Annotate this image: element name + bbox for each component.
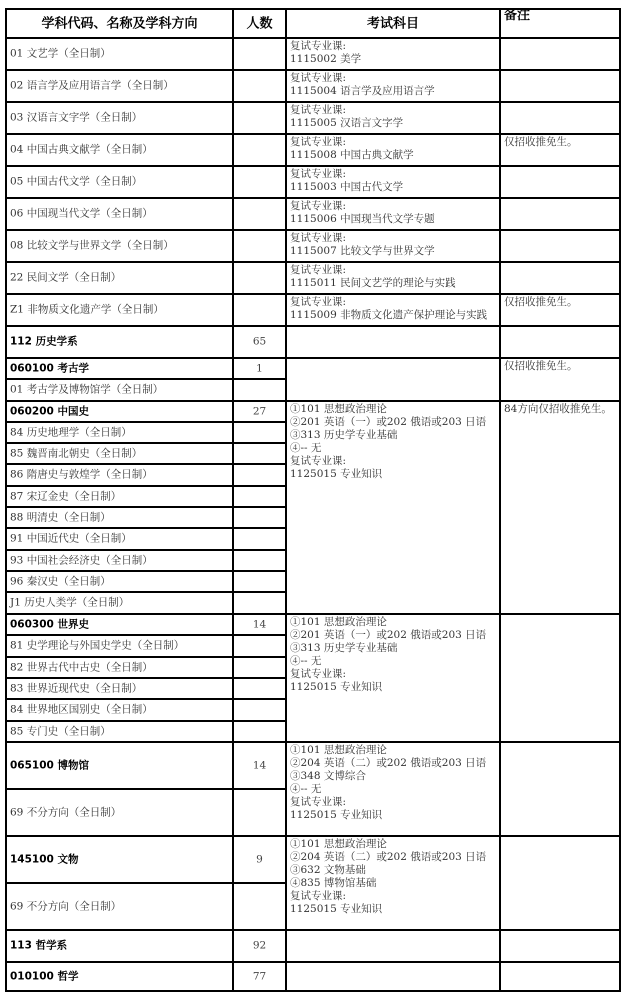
- count-cell: [232, 720, 287, 743]
- count-value: 1: [234, 362, 285, 375]
- note-cell: [499, 197, 621, 231]
- direction-row: J1 历史人类学（全日制）: [5, 591, 234, 615]
- count-cell: 14: [232, 741, 287, 790]
- count-value: 14: [234, 759, 285, 772]
- direction-label: 91 中国近代史（全日制）: [10, 533, 230, 546]
- table-row-subject: 02 语言学及应用语言学（全日制）: [5, 69, 234, 103]
- header-count-label: 人数: [234, 17, 285, 30]
- exam-cell: [285, 929, 501, 963]
- subject-label: 04 中国古典文献学（全日制）: [10, 144, 230, 157]
- count-cell: [232, 698, 287, 722]
- header-exam-label: 考试科目: [287, 17, 499, 30]
- major-row-archaeology: 060100 考古学: [5, 357, 234, 380]
- direction-row: 69 不分方向（全日制）: [5, 882, 234, 931]
- count-cell: [232, 101, 287, 135]
- exam-line: 复试专业课:: [290, 136, 497, 149]
- note-cell: [499, 961, 621, 992]
- exam-text: 复试专业课:1115002 美学: [290, 40, 497, 66]
- count-value: 27: [234, 405, 285, 418]
- exam-text: ①101 思想政治理论 ②204 英语（二）或202 俄语或203 日语 ③34…: [290, 744, 497, 822]
- exam-text: 复试专业课:1115011 民间文艺学的理论与实践: [290, 264, 497, 290]
- exam-line: 复试专业课:: [290, 104, 497, 117]
- exam-cell: ①101 思想政治理论 ②201 英语（一）或202 俄语或203 日语 ③31…: [285, 400, 501, 615]
- exam-line: 复试专业课:: [290, 232, 497, 245]
- direction-row: 85 专门史（全日制）: [5, 720, 234, 743]
- subject-label: 05 中国古代文学（全日制）: [10, 176, 230, 189]
- major-row-museum: 065100 博物馆: [5, 741, 234, 790]
- exam-line: 1115009 非物质文化遗产保护理论与实践: [290, 309, 497, 322]
- direction-row: 82 世界古代中古史（全日制）: [5, 656, 234, 679]
- count-cell: [232, 421, 287, 444]
- exam-line: ④-- 无: [290, 783, 497, 796]
- exam-line: 1115008 中国古典文献学: [290, 149, 497, 162]
- exam-text: ①101 思想政治理论 ②204 英语（二）或202 俄语或203 日语 ③63…: [290, 838, 497, 916]
- exam-line: ①101 思想政治理论: [290, 744, 497, 757]
- count-cell: [232, 261, 287, 295]
- department-label: 112 历史学系: [10, 336, 230, 349]
- header-exam: 考试科目: [285, 8, 501, 39]
- direction-label: 82 世界古代中古史（全日制）: [10, 661, 230, 674]
- exam-cell: 复试专业课:1115009 非物质文化遗产保护理论与实践: [285, 293, 501, 327]
- exam-line: 复试专业课:: [290, 264, 497, 277]
- exam-line: ①101 思想政治理论: [290, 838, 497, 851]
- department-row-history: 112 历史学系: [5, 325, 234, 359]
- exam-text: ①101 思想政治理论 ②201 英语（一）或202 俄语或203 日语 ③31…: [290, 403, 497, 481]
- exam-cell: [285, 961, 501, 992]
- count-cell: [232, 197, 287, 231]
- major-row-relics: 145100 文物: [5, 835, 234, 884]
- subject-label: 22 民间文学（全日制）: [10, 272, 230, 285]
- exam-line: 1115007 比较文学与世界文学: [290, 245, 497, 258]
- table-row-subject: 01 文艺学（全日制）: [5, 37, 234, 71]
- exam-cell: 复试专业课:1115003 中国古代文学: [285, 165, 501, 199]
- exam-line: 1125015 专业知识: [290, 468, 497, 481]
- count-cell: [232, 485, 287, 508]
- note-text: 仅招收推免生。: [504, 296, 617, 309]
- exam-line: 复试专业课:: [290, 40, 497, 53]
- count-cell: 9: [232, 835, 287, 884]
- exam-line: ①101 思想政治理论: [290, 403, 497, 416]
- count-cell: [232, 378, 287, 402]
- header-count: 人数: [232, 8, 287, 39]
- count-cell: 27: [232, 400, 287, 423]
- major-label: 010100 哲学: [10, 970, 230, 983]
- direction-row: 69 不分方向（全日制）: [5, 788, 234, 837]
- direction-label: 84 世界地区国别史（全日制）: [10, 704, 230, 717]
- count-cell: [232, 570, 287, 593]
- exam-cell: 复试专业课:1115005 汉语言文字学: [285, 101, 501, 135]
- exam-line: 1115004 语言学及应用语言学: [290, 85, 497, 98]
- note-cell: [499, 613, 621, 743]
- exam-line: 1115003 中国古代文学: [290, 181, 497, 194]
- note-cell: [499, 835, 621, 931]
- subject-label: 08 比较文学与世界文学（全日制）: [10, 240, 230, 253]
- admissions-table: 学科代码、名称及学科方向 人数 考试科目 备注 01 文艺学（全日制） 复试专业…: [0, 0, 627, 999]
- count-cell: [232, 37, 287, 71]
- direction-row: 86 隋唐史与敦煌学（全日制）: [5, 463, 234, 487]
- exam-line: 1125015 专业知识: [290, 681, 497, 694]
- header-note: 备注: [499, 8, 621, 39]
- direction-label: 69 不分方向（全日制）: [10, 900, 230, 913]
- exam-line: 1115006 中国现当代文学专题: [290, 213, 497, 226]
- note-cell: [499, 69, 621, 103]
- exam-line: ④835 博物馆基础: [290, 877, 497, 890]
- exam-text: 复试专业课:1115007 比较文学与世界文学: [290, 232, 497, 258]
- direction-row: 93 中国社会经济史（全日制）: [5, 549, 234, 572]
- count-cell: [232, 527, 287, 551]
- note-cell: 仅招收推免生。: [499, 357, 621, 402]
- table-row-subject: 04 中国古典文献学（全日制）: [5, 133, 234, 167]
- exam-line: 1125015 专业知识: [290, 809, 497, 822]
- exam-line: ④-- 无: [290, 655, 497, 668]
- table-row-subject: 03 汉语言文字学（全日制）: [5, 101, 234, 135]
- exam-line: 复试专业课:: [290, 72, 497, 85]
- exam-line: 复试专业课:: [290, 668, 497, 681]
- count-cell: [232, 463, 287, 487]
- table-row-subject: 06 中国现当代文学（全日制）: [5, 197, 234, 231]
- direction-row: 81 史学理论与外国史学史（全日制）: [5, 634, 234, 658]
- subject-label: Z1 非物质文化遗产学（全日制）: [10, 304, 230, 317]
- note-text: 仅招收推免生。: [504, 360, 617, 373]
- direction-label: 83 世界近现代史（全日制）: [10, 682, 230, 695]
- exam-line: 1115002 美学: [290, 53, 497, 66]
- exam-cell: ①101 思想政治理论 ②204 英语（二）或202 俄语或203 日语 ③63…: [285, 835, 501, 931]
- count-value: 9: [234, 853, 285, 866]
- major-label: 060100 考古学: [10, 362, 230, 375]
- exam-text: 复试专业课:1115009 非物质文化遗产保护理论与实践: [290, 296, 497, 322]
- count-cell: 92: [232, 929, 287, 963]
- direction-label: 93 中国社会经济史（全日制）: [10, 554, 230, 567]
- exam-text: 复试专业课:1115004 语言学及应用语言学: [290, 72, 497, 98]
- note-cell: [499, 101, 621, 135]
- major-row-chinese-history: 060200 中国史: [5, 400, 234, 423]
- count-cell: [232, 165, 287, 199]
- department-row-philosophy: 113 哲学系: [5, 929, 234, 963]
- exam-cell: 复试专业课:1115011 民间文艺学的理论与实践: [285, 261, 501, 295]
- direction-row: 88 明清史（全日制）: [5, 506, 234, 529]
- table-row-subject: 05 中国古代文学（全日制）: [5, 165, 234, 199]
- note-cell: [499, 165, 621, 199]
- subject-label: 02 语言学及应用语言学（全日制）: [10, 80, 230, 93]
- direction-label: 84 历史地理学（全日制）: [10, 426, 230, 439]
- direction-row: 84 历史地理学（全日制）: [5, 421, 234, 444]
- direction-label: 69 不分方向（全日制）: [10, 806, 230, 819]
- count-cell: [232, 69, 287, 103]
- note-cell: [499, 229, 621, 263]
- header-note-label: 备注: [504, 9, 617, 22]
- note-cell: [499, 741, 621, 837]
- exam-line: ③348 文博综合: [290, 770, 497, 783]
- direction-row: 85 魏晋南北朝史（全日制）: [5, 442, 234, 465]
- count-cell: [232, 293, 287, 327]
- note-cell: [499, 929, 621, 963]
- exam-line: 1115011 民间文艺学的理论与实践: [290, 277, 497, 290]
- exam-line: ③313 历史学专业基础: [290, 642, 497, 655]
- count-cell: 77: [232, 961, 287, 992]
- major-row-world-history: 060300 世界史: [5, 613, 234, 636]
- major-label: 145100 文物: [10, 853, 230, 866]
- count-cell: 1: [232, 357, 287, 380]
- exam-cell: ①101 思想政治理论 ②201 英语（一）或202 俄语或203 日语 ③31…: [285, 613, 501, 743]
- direction-label: J1 历史人类学（全日制）: [10, 597, 230, 610]
- direction-label: 88 明清史（全日制）: [10, 511, 230, 524]
- exam-line: ②204 英语（二）或202 俄语或203 日语: [290, 851, 497, 864]
- exam-cell: [285, 357, 501, 402]
- direction-row: 91 中国近代史（全日制）: [5, 527, 234, 551]
- exam-line: ②201 英语（一）或202 俄语或203 日语: [290, 629, 497, 642]
- direction-row: 96 秦汉史（全日制）: [5, 570, 234, 593]
- count-cell: [232, 634, 287, 658]
- table-row-subject: 08 比较文学与世界文学（全日制）: [5, 229, 234, 263]
- department-label: 113 哲学系: [10, 940, 230, 953]
- exam-line: 复试专业课:: [290, 796, 497, 809]
- count-value: 65: [234, 336, 285, 349]
- exam-cell: 复试专业课:1115004 语言学及应用语言学: [285, 69, 501, 103]
- count-cell: [232, 506, 287, 529]
- exam-line: 1125015 专业知识: [290, 903, 497, 916]
- exam-cell: ①101 思想政治理论 ②204 英语（二）或202 俄语或203 日语 ③34…: [285, 741, 501, 837]
- exam-cell: 复试专业课:1115006 中国现当代文学专题: [285, 197, 501, 231]
- count-cell: [232, 442, 287, 465]
- exam-line: ②204 英语（二）或202 俄语或203 日语: [290, 757, 497, 770]
- exam-line: ④-- 无: [290, 442, 497, 455]
- direction-label: 96 秦汉史（全日制）: [10, 575, 230, 588]
- note-cell: 84方向仅招收推免生。: [499, 400, 621, 615]
- table-row-subject: 22 民间文学（全日制）: [5, 261, 234, 295]
- direction-label: 85 专门史（全日制）: [10, 725, 230, 738]
- direction-label: 85 魏晋南北朝史（全日制）: [10, 447, 230, 460]
- exam-line: ①101 思想政治理论: [290, 616, 497, 629]
- exam-cell: [285, 325, 501, 359]
- direction-row: 87 宋辽金史（全日制）: [5, 485, 234, 508]
- exam-line: 复试专业课:: [290, 455, 497, 468]
- exam-line: 复试专业课:: [290, 890, 497, 903]
- exam-line: ③632 文物基础: [290, 864, 497, 877]
- count-cell: [232, 133, 287, 167]
- count-value: 14: [234, 618, 285, 631]
- exam-line: ③313 历史学专业基础: [290, 429, 497, 442]
- exam-cell: 复试专业课:1115008 中国古典文献学: [285, 133, 501, 167]
- note-cell: [499, 261, 621, 295]
- count-cell: [232, 656, 287, 679]
- subject-label: 03 汉语言文字学（全日制）: [10, 112, 230, 125]
- note-cell: 仅招收推免生。: [499, 133, 621, 167]
- direction-row: 01 考古学及博物馆学（全日制）: [5, 378, 234, 402]
- count-cell: [232, 229, 287, 263]
- direction-label: 86 隋唐史与敦煌学（全日制）: [10, 469, 230, 482]
- exam-text: 复试专业课:1115005 汉语言文字学: [290, 104, 497, 130]
- count-cell: 65: [232, 325, 287, 359]
- note-cell: [499, 37, 621, 71]
- exam-line: 复试专业课:: [290, 168, 497, 181]
- exam-cell: 复试专业课:1115007 比较文学与世界文学: [285, 229, 501, 263]
- note-cell: 仅招收推免生。: [499, 293, 621, 327]
- count-cell: [232, 591, 287, 615]
- exam-cell: 复试专业课:1115002 美学: [285, 37, 501, 71]
- direction-label: 81 史学理论与外国史学史（全日制）: [10, 640, 230, 653]
- note-cell: [499, 325, 621, 359]
- count-value: 92: [234, 940, 285, 953]
- note-text: 84方向仅招收推免生。: [504, 403, 617, 416]
- count-value: 77: [234, 970, 285, 983]
- header-subject-label: 学科代码、名称及学科方向: [7, 17, 232, 30]
- direction-label: 87 宋辽金史（全日制）: [10, 490, 230, 503]
- major-label: 065100 博物馆: [10, 759, 230, 772]
- exam-text: 复试专业课:1115003 中国古代文学: [290, 168, 497, 194]
- exam-text: 复试专业课:1115006 中国现当代文学专题: [290, 200, 497, 226]
- count-cell: [232, 788, 287, 837]
- exam-text: ①101 思想政治理论 ②201 英语（一）或202 俄语或203 日语 ③31…: [290, 616, 497, 694]
- subject-label: 01 文艺学（全日制）: [10, 48, 230, 61]
- header-subject: 学科代码、名称及学科方向: [5, 8, 234, 39]
- major-row-philosophy: 010100 哲学: [5, 961, 234, 992]
- count-cell: [232, 549, 287, 572]
- count-cell: [232, 677, 287, 700]
- note-text: 仅招收推免生。: [504, 136, 617, 149]
- table-row-subject: Z1 非物质文化遗产学（全日制）: [5, 293, 234, 327]
- count-cell: 14: [232, 613, 287, 636]
- exam-text: 复试专业课:1115008 中国古典文献学: [290, 136, 497, 162]
- subject-label: 06 中国现当代文学（全日制）: [10, 208, 230, 221]
- exam-line: 1115005 汉语言文字学: [290, 117, 497, 130]
- major-label: 060200 中国史: [10, 405, 230, 418]
- count-cell: [232, 882, 287, 931]
- major-label: 060300 世界史: [10, 618, 230, 631]
- direction-label: 01 考古学及博物馆学（全日制）: [10, 384, 230, 397]
- exam-line: ②201 英语（一）或202 俄语或203 日语: [290, 416, 497, 429]
- exam-line: 复试专业课:: [290, 200, 497, 213]
- exam-line: 复试专业课:: [290, 296, 497, 309]
- direction-row: 83 世界近现代史（全日制）: [5, 677, 234, 700]
- direction-row: 84 世界地区国别史（全日制）: [5, 698, 234, 722]
